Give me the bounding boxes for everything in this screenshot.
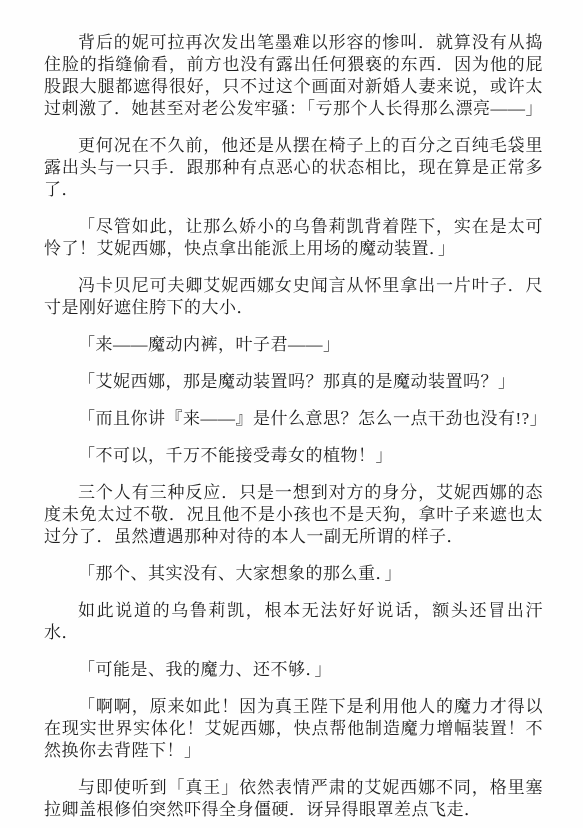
paragraph: 背后的妮可拉再次发出笔墨难以形容的惨叫．就算没有从捣住脸的指缝偷看，前方也没有露… bbox=[44, 32, 543, 120]
paragraph: 「来——魔动内裤，叶子君——」 bbox=[44, 334, 543, 356]
paragraph: 如此说道的乌鲁莉凯，根本无法好好说话，额头还冒出汗水． bbox=[44, 600, 543, 644]
paragraph: 「啊啊，原来如此！因为真王陛下是利用他人的魔力才得以在现实世界实体化！艾妮西娜，… bbox=[44, 696, 543, 762]
paragraph: 「可能是、我的魔力、还不够．」 bbox=[44, 659, 543, 681]
paragraph: 三个人有三种反应．只是一想到对方的身分，艾妮西娜的态度未免太过不敬．况且他不是小… bbox=[44, 482, 543, 548]
paragraph: 更何况在不久前，他还是从摆在椅子上的百分之百纯毛袋里露出头与一只手．跟那种有点恶… bbox=[44, 135, 543, 201]
novel-page: 背后的妮可拉再次发出笔墨难以形容的惨叫．就算没有从捣住脸的指缝偷看，前方也没有露… bbox=[0, 0, 583, 828]
paragraph: 「不可以，千万不能接受毒女的植物！」 bbox=[44, 445, 543, 467]
text-block: 背后的妮可拉再次发出笔墨难以形容的惨叫．就算没有从捣住脸的指缝偷看，前方也没有露… bbox=[44, 32, 543, 828]
paragraph: 冯卡贝尼可夫卿艾妮西娜女史闻言从怀里拿出一片叶子．尺寸是刚好遮住胯下的大小． bbox=[44, 275, 543, 319]
paragraph: 「尽管如此，让那么娇小的乌鲁莉凯背着陛下，实在是太可怜了！艾妮西娜，快点拿出能派… bbox=[44, 216, 543, 260]
paragraph: 与即使听到「真王」依然表情严肃的艾妮西娜不同，格里塞拉卿盖根修伯突然吓得全身僵硬… bbox=[44, 777, 543, 821]
paragraph: 「而且你讲『来——』是什么意思？怎么一点干劲也没有!?」 bbox=[44, 408, 543, 430]
paragraph: 「艾妮西娜，那是魔动装置吗？那真的是魔动装置吗？」 bbox=[44, 371, 543, 393]
paragraph: 「那个、其实没有、大家想象的那么重．」 bbox=[44, 563, 543, 585]
